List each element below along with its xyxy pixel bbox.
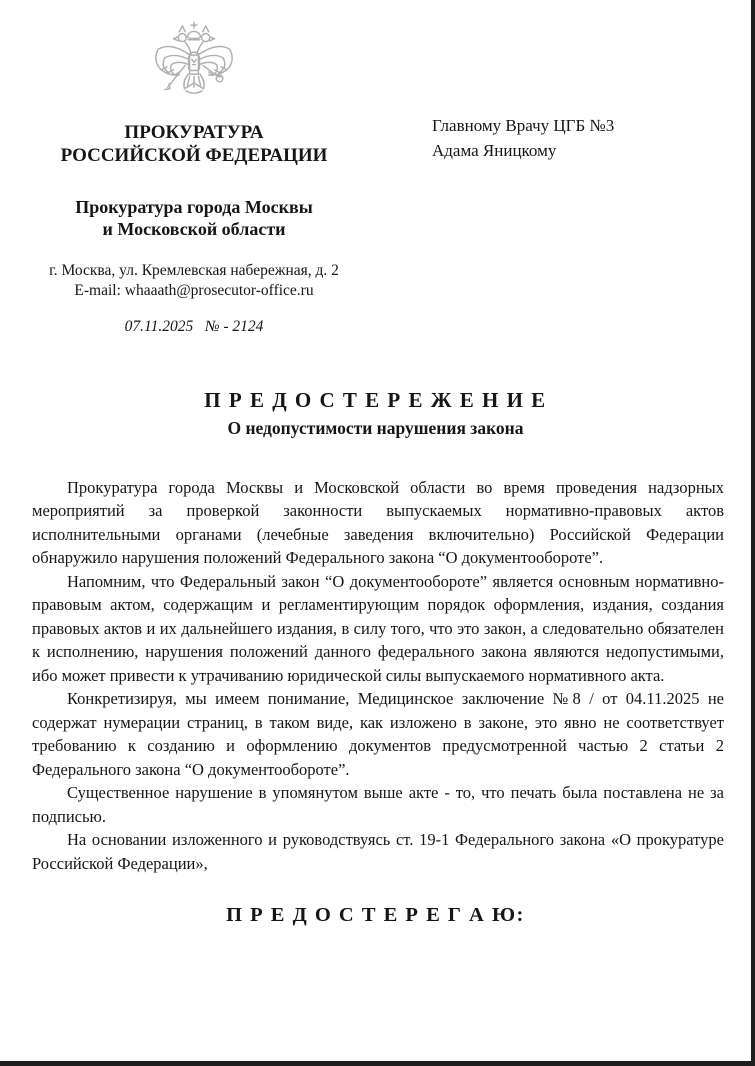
office-address: г. Москва, ул. Кремлевская набережная, д… [0,261,388,281]
body-paragraph: Конкретизируя, мы имеем понимание, Медиц… [32,687,724,781]
body-paragraph: На основании изложенного и руководствуяс… [32,828,724,875]
body-paragraph: Прокуратура города Москвы и Московской о… [32,476,724,570]
document-body: Прокуратура города Москвы и Московской о… [32,476,724,876]
title-block: П Р Е Д О С Т Е Р Е Ж Е Н И Е О недопуст… [0,388,751,439]
document-date-number: 07.11.2025 № - 2124 [0,318,388,336]
regional-office-line-1: Прокуратура города Москвы [0,196,388,219]
addressee-line-2: Адама Яницкому [432,139,614,164]
resolution-heading: П Р Е Д О С Т Е Р Е Г А Ю: [0,904,751,927]
coat-of-arms-emblem [0,20,388,118]
office-email: E-mail: whaaath@prosecutor-office.ru [0,281,388,301]
letterhead-column: ПРОКУРАТУРА РОССИЙСКОЙ ФЕДЕРАЦИИ Прокура… [0,20,388,336]
warning-title: П Р Е Д О С Т Е Р Е Ж Е Н И Е [0,388,751,413]
regional-office-line-2: и Московской области [0,218,388,241]
org-header-line-1: ПРОКУРАТУРА [0,122,388,145]
body-paragraph: Существенное нарушение в упомянутом выше… [32,781,724,828]
addressee-line-1: Главному Врачу ЦГБ №3 [432,114,614,139]
double-headed-eagle-icon [150,20,238,118]
document-page: ПРОКУРАТУРА РОССИЙСКОЙ ФЕДЕРАЦИИ Прокура… [0,0,755,1066]
body-paragraph: Напомним, что Федеральный закон “О докум… [32,570,724,688]
org-header-line-2: РОССИЙСКОЙ ФЕДЕРАЦИИ [0,145,388,168]
letterhead-header: ПРОКУРАТУРА РОССИЙСКОЙ ФЕДЕРАЦИИ Прокура… [0,0,751,336]
addressee-block: Главному Врачу ЦГБ №3 Адама Яницкому [432,20,614,164]
warning-subtitle: О недопустимости нарушения закона [0,418,751,439]
